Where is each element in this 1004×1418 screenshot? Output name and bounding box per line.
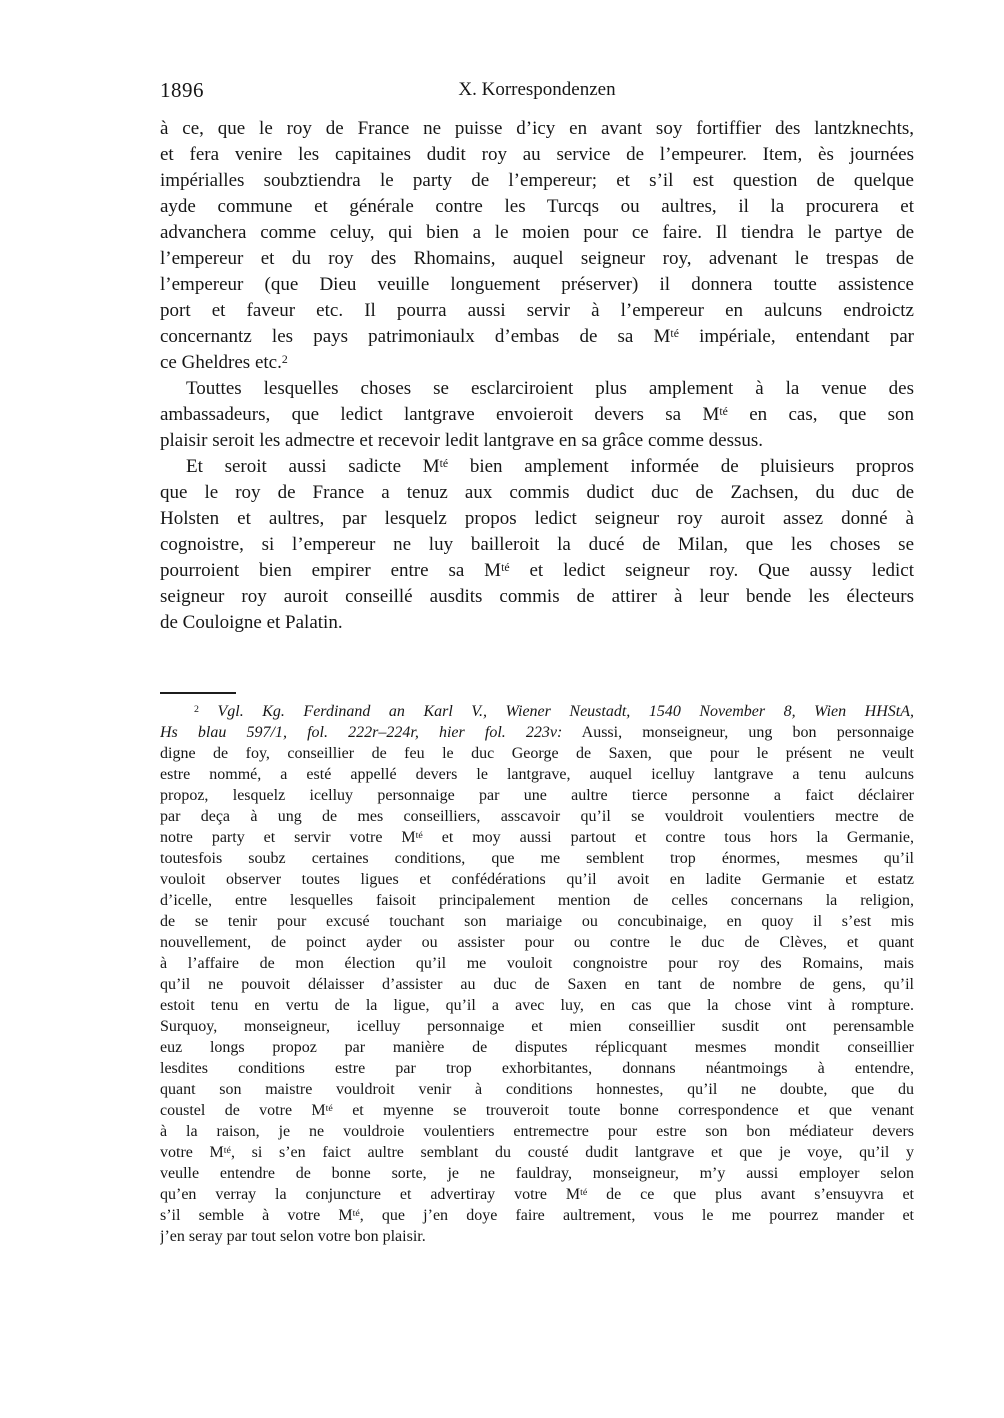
text-line: port et faveur etc. Il pourra aussi serv… <box>160 298 914 324</box>
text-line: l’empereur et du roy des Rhomains, auque… <box>160 246 914 272</box>
footnote: 2 Vgl. Kg. Ferdinand an Karl V., Wiener … <box>160 701 914 1247</box>
text-line: à l’affaire de mon élection qu’il me vou… <box>160 953 914 974</box>
running-title: X. Korrespondenzen <box>160 76 914 104</box>
text-line: que le roy de France a tenuz aux commis … <box>160 480 914 506</box>
italic-citation: Vgl. Kg. Ferdinand an Karl V., Wiener Ne… <box>217 703 914 720</box>
text-line: notre party et servir votre Mté et moy a… <box>160 827 914 848</box>
superscript: té <box>353 1208 360 1219</box>
text-line: l’empereur (que Dieu veuille longuement … <box>160 272 914 298</box>
text-line: advanchera comme celuy, qui bien a le mo… <box>160 220 914 246</box>
text-line: ambassadeurs, que ledict lantgrave envoi… <box>160 402 914 428</box>
footnote-separator-rule <box>160 692 236 694</box>
text-line: concernantz les pays patrimoniaulx d’emb… <box>160 324 914 350</box>
text-line: Surquoy, monseigneur, icelluy personnaig… <box>160 1016 914 1037</box>
paragraph-continuation: à ce, que le roy de France ne puisse d’i… <box>160 116 914 376</box>
text-line: lesdites conditions estre par trop exhor… <box>160 1058 914 1079</box>
text-line: plaisir seroit les admectre et recevoir … <box>160 428 914 454</box>
text-line: s’il semble à votre Mté, que j’en doye f… <box>160 1205 914 1226</box>
superscript: té <box>326 1103 333 1114</box>
text-line: Touttes lesquelles choses se esclarciroi… <box>160 376 914 402</box>
text-line: digne de foy, conseillier de feu le duc … <box>160 743 914 764</box>
paragraph: Touttes lesquelles choses se esclarciroi… <box>160 376 914 454</box>
text-line: qu’il ne pouvoit délaisser d’assister au… <box>160 974 914 995</box>
text-line: et fera venire les capitaines dudit roy … <box>160 142 914 168</box>
text-line: toutesfois soubz certaines conditions, q… <box>160 848 914 869</box>
main-text: à ce, que le roy de France ne puisse d’i… <box>160 116 914 636</box>
text-line: par deça à ung de mes conseilliers, assc… <box>160 806 914 827</box>
superscript: té <box>416 830 423 841</box>
text-line: à la raison, je ne vouldroie voulentiers… <box>160 1121 914 1142</box>
text-line: qu’en verray la conjuncture et advertira… <box>160 1184 914 1205</box>
book-page: 1896 X. Korrespondenzen à ce, que le roy… <box>0 0 1004 1418</box>
text-line: veulle entendre de bonne sorte, je ne fa… <box>160 1163 914 1184</box>
text-line: Et seroit aussi sadicte Mté bien ampleme… <box>160 454 914 480</box>
superscript: té <box>440 457 449 470</box>
text-line: Holsten et aultres, par lesquelz propos … <box>160 506 914 532</box>
text-line: seigneur roy auroit conseillé ausdits co… <box>160 584 914 610</box>
text-line: quant son maistre vouldroit venir à cond… <box>160 1079 914 1100</box>
text-line: propoz, lesquelz icelluy personnaige par… <box>160 785 914 806</box>
italic-citation: Hs blau 597/1, fol. 222r–224r, hier fol.… <box>160 724 562 741</box>
text-line: vouloit observer toutes ligues et conféd… <box>160 869 914 890</box>
text-line: pourroient bien empirer entre sa Mté et … <box>160 558 914 584</box>
superscript: 2 <box>194 704 199 715</box>
paragraph: Et seroit aussi sadicte Mté bien ampleme… <box>160 454 914 636</box>
text-line: 2 Vgl. Kg. Ferdinand an Karl V., Wiener … <box>160 701 914 722</box>
text-line: cognoistre, si l’empereur ne luy bailler… <box>160 532 914 558</box>
text-line: votre Mté, si s’en faict aultre semblant… <box>160 1142 914 1163</box>
text-line: Hs blau 597/1, fol. 222r–224r, hier fol.… <box>160 722 914 743</box>
superscript: 2 <box>282 353 288 366</box>
superscript: té <box>580 1187 587 1198</box>
text-line: de se tenir pour excusé touchant son mar… <box>160 911 914 932</box>
text-line: impérialles soubztiendra le party de l’e… <box>160 168 914 194</box>
text-line: à ce, que le roy de France ne puisse d’i… <box>160 116 914 142</box>
text-line: d’icelle, entre lesquelles faisoit princ… <box>160 890 914 911</box>
text-line: ce Gheldres etc.2 <box>160 350 914 376</box>
text-line: estre nommé, a esté appellé devers le la… <box>160 764 914 785</box>
text-line: nouvellement, de poinct ayder ou assiste… <box>160 932 914 953</box>
superscript: té <box>224 1145 231 1156</box>
text-line: de Couloigne et Palatin. <box>160 610 914 636</box>
text-line: ayde commune et générale contre les Turc… <box>160 194 914 220</box>
text-line: euz longs propoz par manière de disputes… <box>160 1037 914 1058</box>
superscript: té <box>501 561 510 574</box>
superscript: té <box>670 327 679 340</box>
page-header: 1896 X. Korrespondenzen <box>160 76 914 104</box>
text-line: j’en seray par tout selon votre bon plai… <box>160 1226 914 1247</box>
text-line: estoit tenu en vertu de la ligue, qu’il … <box>160 995 914 1016</box>
text-line: coustel de votre Mté et myenne se trouve… <box>160 1100 914 1121</box>
superscript: té <box>719 405 728 418</box>
